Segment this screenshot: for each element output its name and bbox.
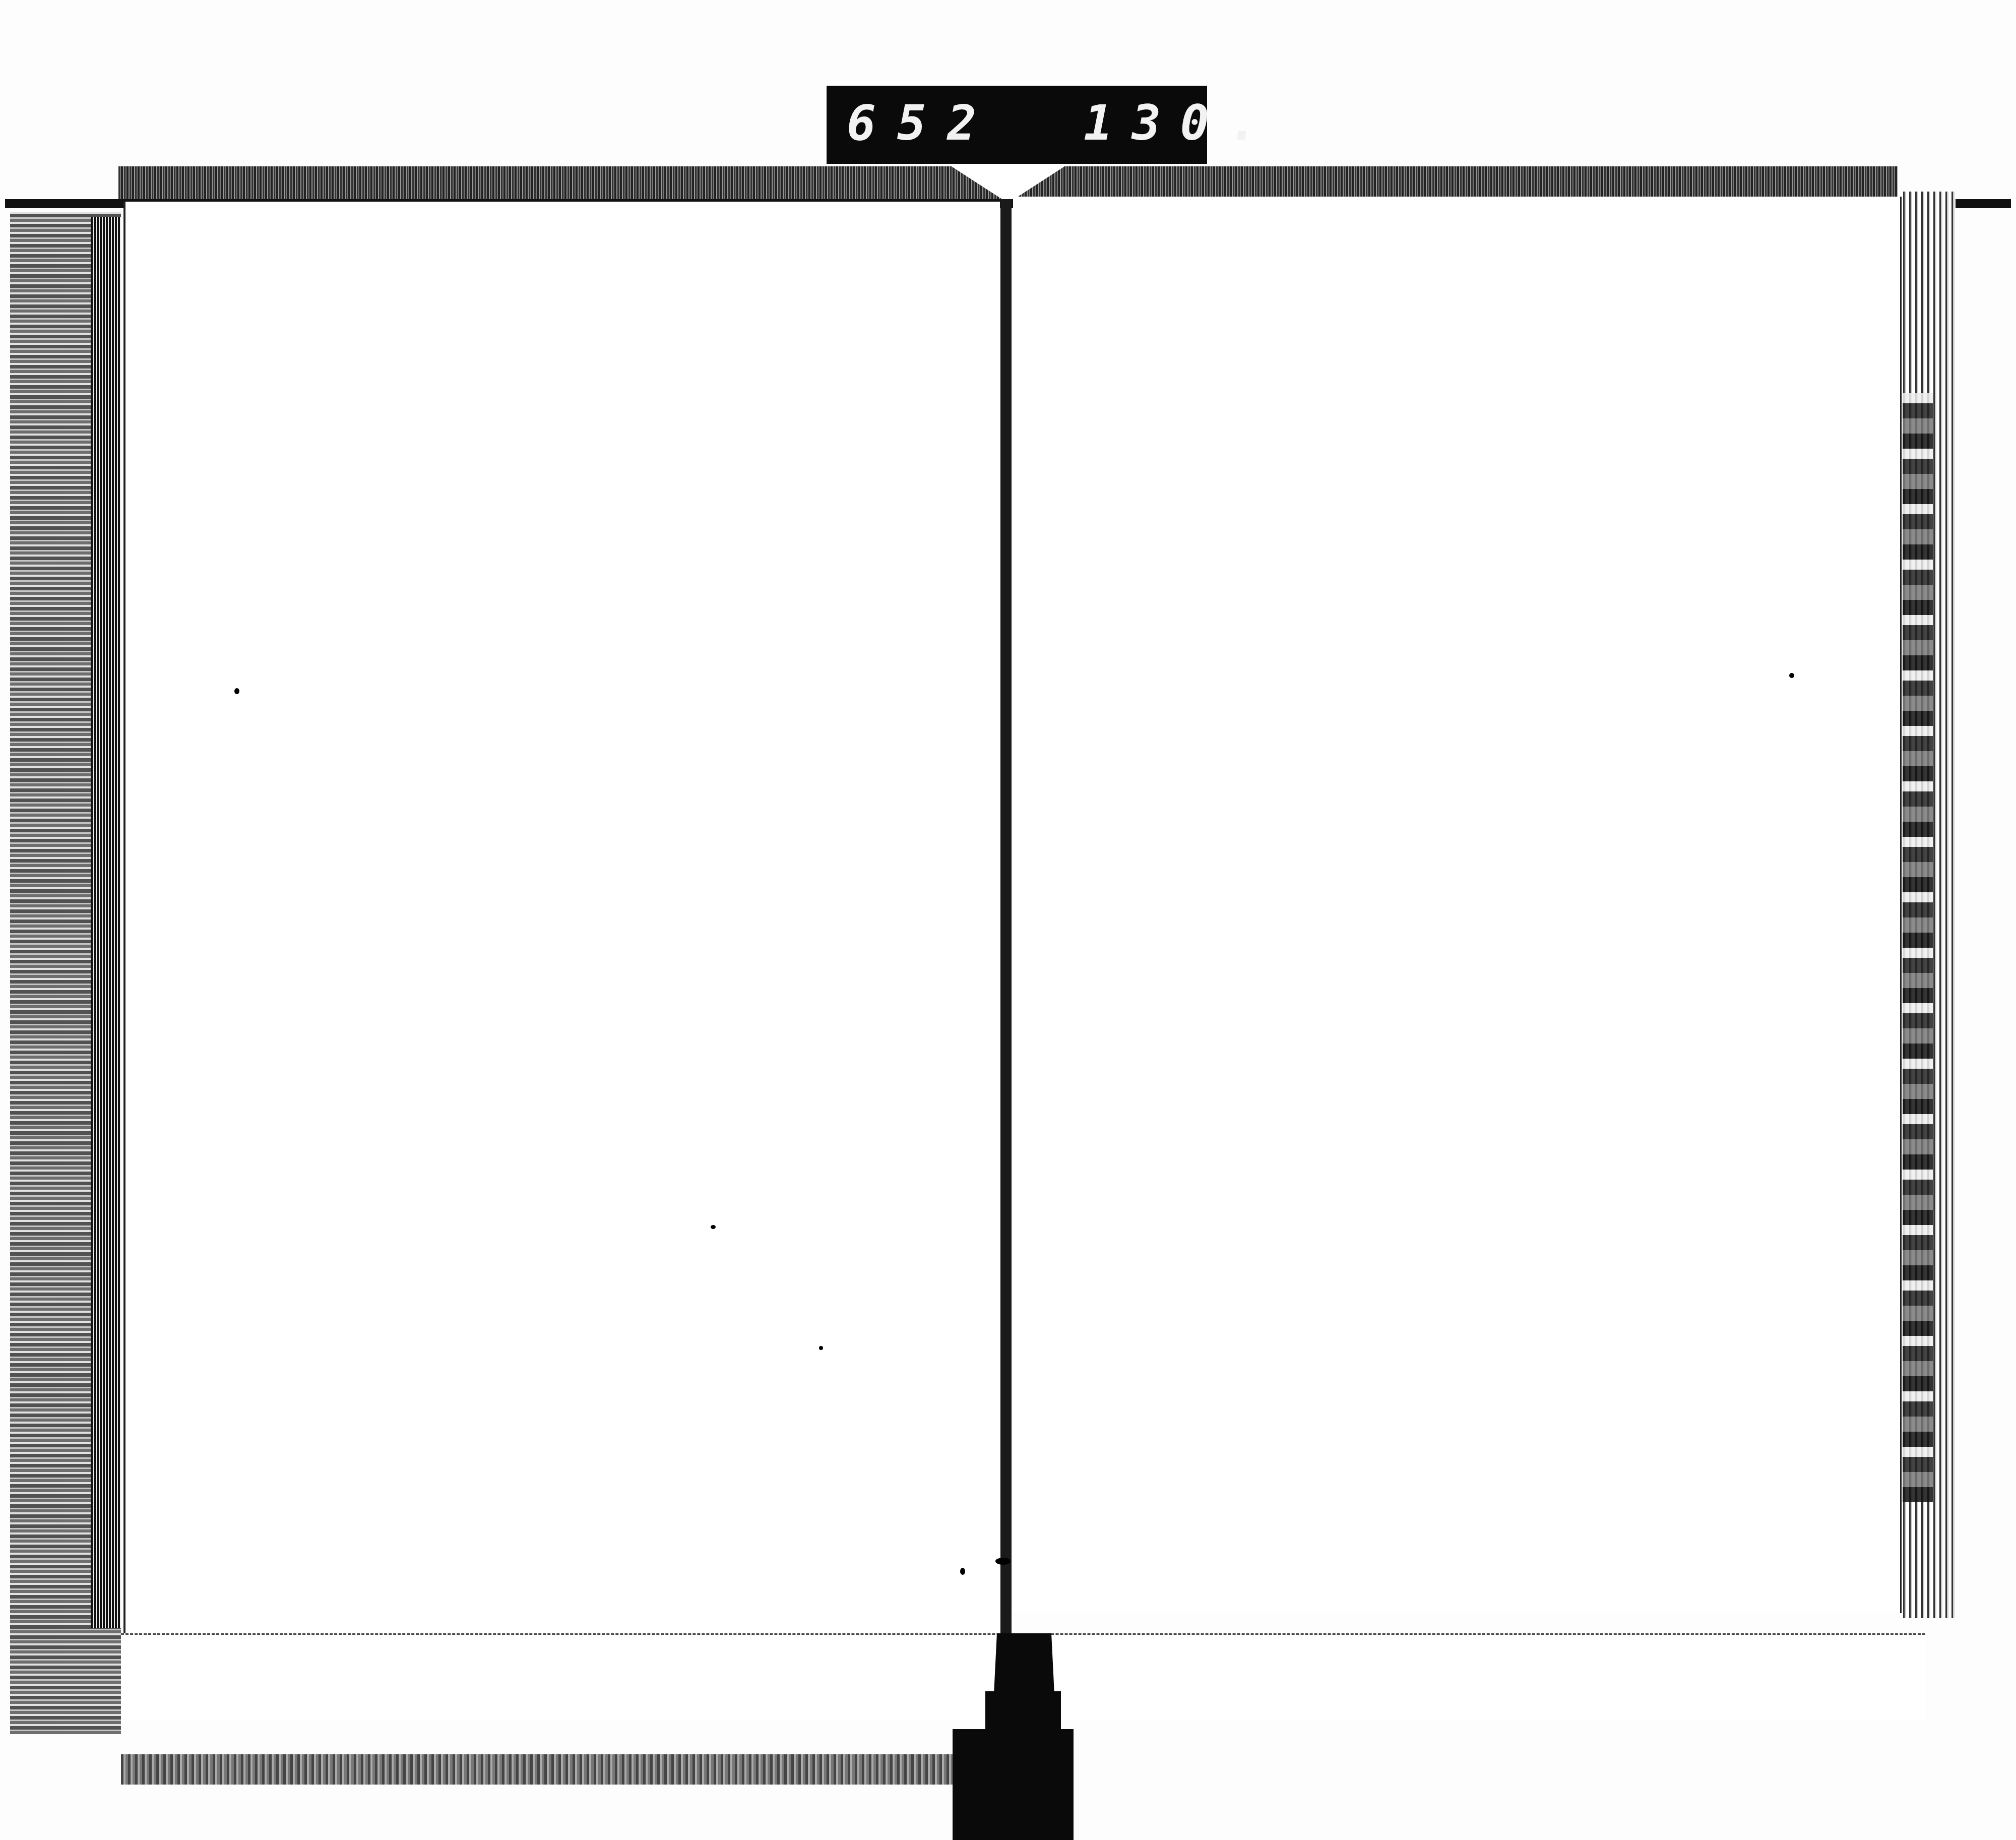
microfilm-scan: 652 130. xyxy=(0,0,2016,1840)
bottom-edge-shadow xyxy=(121,1754,988,1785)
scan-speck xyxy=(234,688,239,694)
book-gutter xyxy=(1000,197,1012,1633)
right-binding-edge xyxy=(1903,393,1933,1502)
scan-speck xyxy=(995,1558,1011,1565)
left-page xyxy=(123,202,1000,1633)
film-frame-label: 652 130. xyxy=(827,86,1207,164)
reel-number: 652 xyxy=(847,95,997,151)
scan-speck xyxy=(711,1225,716,1229)
page-weight-stand-foot xyxy=(953,1729,1074,1840)
scan-speck xyxy=(960,1568,965,1575)
scan-speck xyxy=(819,1346,823,1350)
right-page xyxy=(1013,197,1902,1613)
frame-number: 130. xyxy=(1084,95,1277,151)
scan-speck xyxy=(1789,673,1794,678)
page-weight-stand xyxy=(994,1633,1054,1694)
left-binding-edge xyxy=(91,217,121,1628)
